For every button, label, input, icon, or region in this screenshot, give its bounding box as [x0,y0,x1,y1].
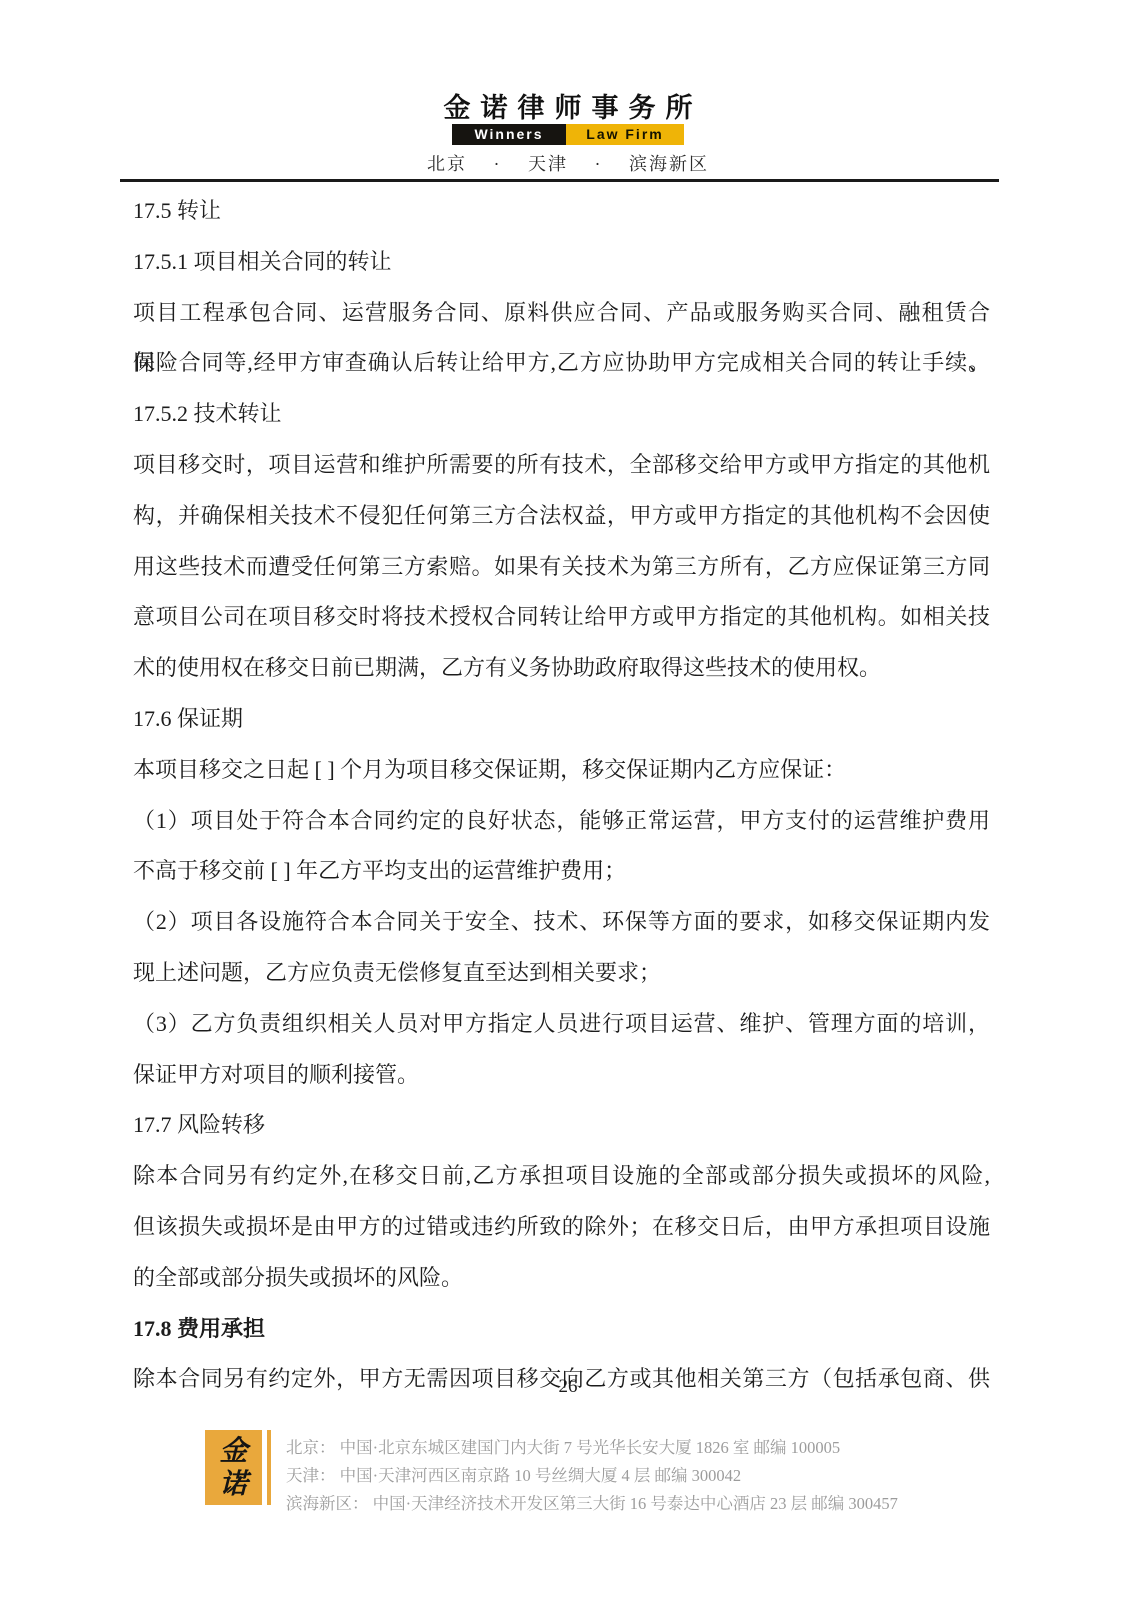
footer-address-line: 北京： 中国·北京东城区建国门内大街 7 号光华长安大厦 1826 室 邮编 1… [286,1434,1006,1462]
contract-text-line: 构，并确保相关技术不侵犯任何第三方合法权益，甲方或甲方指定的其他机构不会因使 [133,491,990,542]
contract-text-line: 的全部或部分损失或损坏的风险。 [133,1253,990,1304]
contract-text-line: 项目移交时，项目运营和维护所需要的所有技术，全部移交给甲方或甲方指定的其他机 [133,440,990,491]
logo-winners-label: Winners [452,124,566,145]
header-divider [120,179,999,182]
contract-text-line: （2）项目各设施符合本合同关于安全、技术、环保等方面的要求，如移交保证期内发 [133,897,990,948]
contract-text-line: 不高于移交前 [ ] 年乙方平均支出的运营维护费用； [133,846,990,897]
contract-text-line: 但该损失或损坏是由甲方的过错或违约所致的除外；在移交日后，由甲方承担项目设施 [133,1202,990,1253]
firm-logo: 金诺律师事务所 Winners Law Firm [0,93,1136,145]
contract-text-line: 术的使用权在移交日前已期满，乙方有义务协助政府取得这些技术的使用权。 [133,643,990,694]
contract-text-line: 现上述问题，乙方应负责无偿修复直至达到相关要求； [133,948,990,999]
contract-text-line: 保险合同等,经甲方审查确认后转让给甲方,乙方应协助甲方完成相关合同的转让手续。 [133,338,990,389]
footer-address-line: 天津： 中国·天津河西区南京路 10 号丝绸大厦 4 层 邮编 300042 [286,1462,1006,1490]
section-heading: 17.5.1 项目相关合同的转让 [133,237,990,288]
footer-logo: 金 诺 [205,1430,262,1505]
footer-logo-accent-bar [267,1430,271,1505]
contract-text-line: 除本合同另有约定外,在移交日前,乙方承担项目设施的全部或部分损失或损坏的风险, [133,1151,990,1202]
section-heading: 17.7 风险转移 [133,1100,990,1151]
section-heading: 17.5.2 技术转让 [133,389,990,440]
footer-logo-char-top: 金 [219,1435,247,1468]
section-heading: 17.8 费用承担 [133,1304,990,1355]
footer-logo-char-bottom: 诺 [219,1468,247,1501]
contract-text-line: 项目工程承包合同、运营服务合同、原料供应合同、产品或服务购买合同、融租赁合同、 [133,288,990,339]
contract-text-line: 用这些技术而遭受任何第三方索赔。如果有关技术为第三方所有，乙方应保证第三方同 [133,542,990,593]
header-cities: 北京 · 天津 · 滨海新区 [0,151,1136,177]
contract-text-line: （1）项目处于符合本合同约定的良好状态，能够正常运营，甲方支付的运营维护费用 [133,796,990,847]
section-heading: 17.5 转让 [133,186,990,237]
footer-address-line: 滨海新区： 中国·天津经济技术开发区第三大街 16 号泰达中心酒店 23 层 邮… [286,1490,1006,1518]
contract-text-line: （3）乙方负责组织相关人员对甲方指定人员进行项目运营、维护、管理方面的培训， [133,999,990,1050]
page-number: 26 [0,1376,1136,1398]
firm-logo-bar: Winners Law Firm [452,124,684,145]
document-body: 17.5 转让17.5.1 项目相关合同的转让项目工程承包合同、运营服务合同、原… [133,186,990,1405]
contract-page: 金诺律师事务所 Winners Law Firm 北京 · 天津 · 滨海新区 … [0,0,1136,1600]
contract-text-line: 意项目公司在项目移交时将技术授权合同转让给甲方或甲方指定的其他机构。如相关技 [133,592,990,643]
contract-text-line: 保证甲方对项目的顺利接管。 [133,1050,990,1101]
contract-text-line: 本项目移交之日起 [ ] 个月为项目移交保证期，移交保证期内乙方应保证： [133,745,990,796]
logo-lawfirm-label: Law Firm [566,124,684,145]
firm-name-chinese: 金诺律师事务所 [444,93,703,123]
section-heading: 17.6 保证期 [133,694,990,745]
footer-addresses: 北京： 中国·北京东城区建国门内大街 7 号光华长安大厦 1826 室 邮编 1… [286,1434,1006,1518]
